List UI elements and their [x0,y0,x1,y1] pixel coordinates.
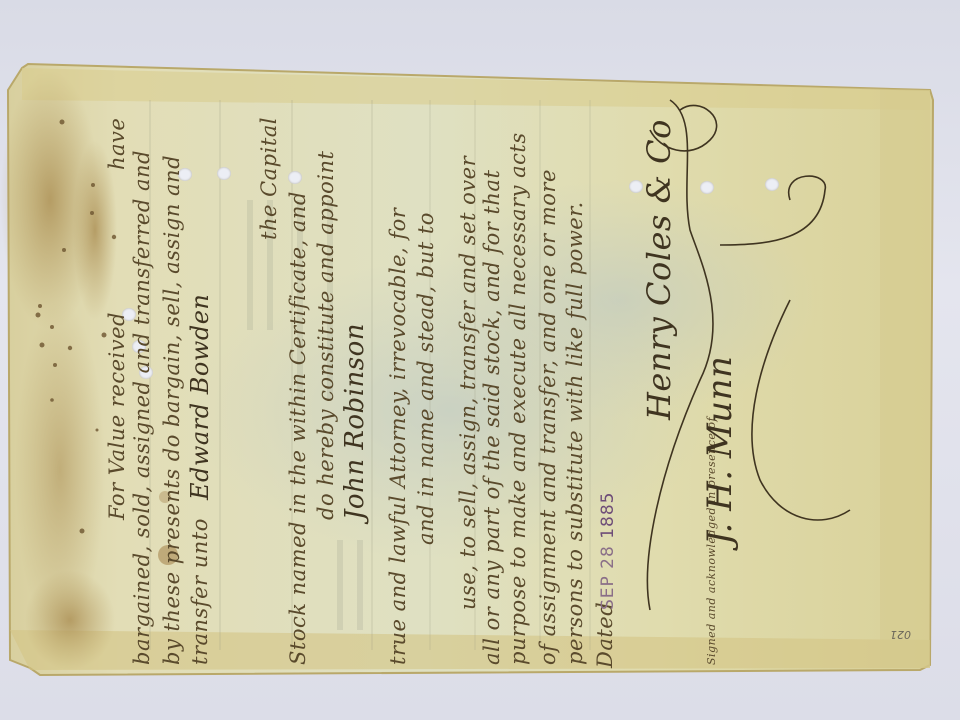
assignment-line-3: by these presents do bargain, sell, assi… [160,155,184,665]
witness-signature: J. H. Munn [700,356,740,545]
assignment-line-1: For Value received [105,312,129,520]
certificate-photo: For Value received have bargained, sold,… [0,0,960,720]
assignee-name: Edward Bowden [186,294,214,500]
assignment-line-13: of assignment and transfer, and one or m… [536,169,560,665]
punch-hole [765,178,779,191]
signer-signature: Henry Coles & Co [640,119,678,420]
punch-hole [217,167,231,180]
punch-hole [288,171,302,184]
pencil-note: 021 [890,628,911,641]
assignment-line-5: the Capital [257,117,281,240]
dated-label: Dated [593,602,617,668]
assignment-line-8: true and lawful Attorney, irrevocable, f… [386,208,410,665]
assignment-line-10: use, to sell, assign, transfer and set o… [456,156,480,610]
assignment-line-12: purpose to make and execute all necessar… [506,132,530,665]
assignment-line-14: persons to substitute with like full pow… [563,201,587,665]
assignment-line-4: transfer unto [188,518,212,665]
assignment-line-9: and in name and stead, but to [414,212,438,545]
assignment-line-7: do hereby constitute and appoint [314,151,338,520]
punch-hole [700,181,714,194]
date-stamp: SEP 28 1885 [598,492,618,611]
assignment-line-6: Stock named in the within Certificate, a… [286,191,310,665]
date-stamp-year: 1885 [598,492,618,539]
date-stamp-day: SEP 28 [598,545,618,610]
assignment-line-1-end: have [105,118,129,170]
assignment-line-11: all or any part of the said stock, and f… [480,170,504,665]
assignment-line-2: bargained, sold, assigned and transferre… [130,150,154,665]
attorney-name: John Robinson [340,323,370,520]
